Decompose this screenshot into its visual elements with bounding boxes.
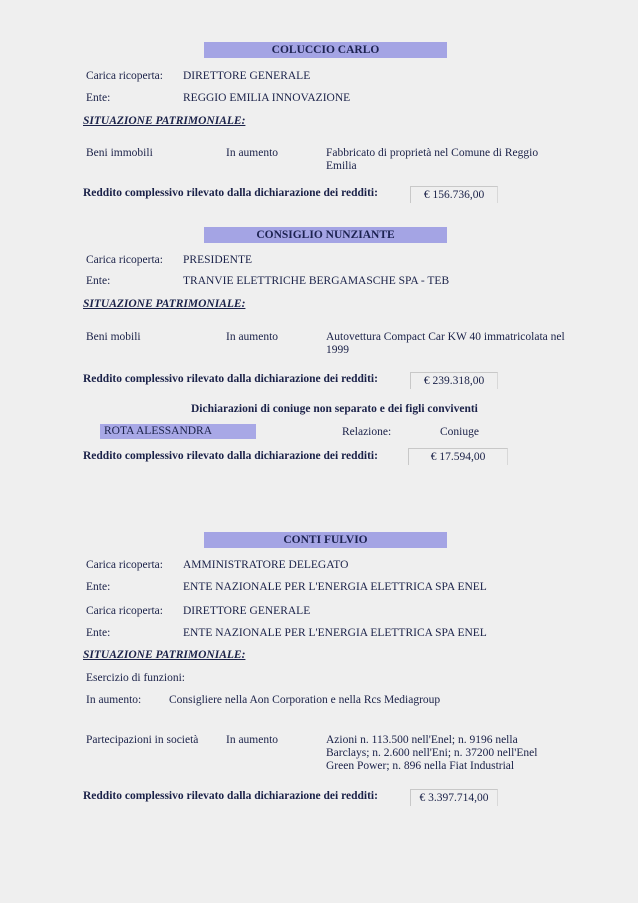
functions-description: Consigliere nella Aon Corporation e nell… [169, 694, 440, 706]
situazione-heading: SITUAZIONE PATRIMONIALE: [83, 298, 245, 310]
income-value: € 239.318,00 [410, 372, 498, 389]
reddito-label: Reddito complessivo rilevato dalla dichi… [83, 373, 378, 385]
ente-value: TRANVIE ELETTRICHE BERGAMASCHE SPA - TEB [183, 275, 449, 287]
functions-label: Esercizio di funzioni: [86, 672, 185, 684]
asset-type: Beni immobili [86, 147, 153, 159]
asset-variation: In aumento [226, 147, 278, 159]
asset-variation: In aumento [226, 331, 278, 343]
reddito-label: Reddito complessivo rilevato dalla dichi… [83, 450, 378, 462]
family-heading: Dichiarazioni di coniuge non separato e … [191, 403, 478, 415]
spouse-income-value: € 17.594,00 [408, 448, 508, 465]
ente-value: REGGIO EMILIA INNOVAZIONE [183, 92, 350, 104]
income-value: € 156.736,00 [410, 186, 498, 203]
person-header-conti: CONTI FULVIO [204, 532, 447, 548]
spouse-name: ROTA ALESSANDRA [100, 424, 256, 439]
carica-value: DIRETTORE GENERALE [183, 605, 310, 617]
carica-value: DIRETTORE GENERALE [183, 70, 310, 82]
asset-description: Fabbricato di proprietà nel Comune di Re… [326, 147, 566, 173]
reddito-label: Reddito complessivo rilevato dalla dichi… [83, 187, 378, 199]
carica-label: Carica ricoperta: [86, 559, 163, 571]
ente-label: Ente: [86, 581, 110, 593]
carica-label: Carica ricoperta: [86, 605, 163, 617]
asset-variation: In aumento [226, 734, 278, 746]
person-header-consiglio: CONSIGLIO NUNZIANTE [204, 227, 447, 243]
carica-value: PRESIDENTE [183, 254, 252, 266]
relation-label: Relazione: [342, 426, 391, 438]
asset-type: Beni mobili [86, 331, 141, 343]
asset-description: Autovettura Compact Car KW 40 immatricol… [326, 331, 566, 357]
functions-variation: In aumento: [86, 694, 141, 706]
carica-label: Carica ricoperta: [86, 70, 163, 82]
ente-label: Ente: [86, 275, 110, 287]
situazione-heading: SITUAZIONE PATRIMONIALE: [83, 115, 245, 127]
carica-label: Carica ricoperta: [86, 254, 163, 266]
ente-label: Ente: [86, 92, 110, 104]
income-value: € 3.397.714,00 [410, 789, 498, 806]
situazione-heading: SITUAZIONE PATRIMONIALE: [83, 649, 245, 661]
asset-type: Partecipazioni in società [86, 734, 198, 746]
reddito-label: Reddito complessivo rilevato dalla dichi… [83, 790, 378, 802]
asset-description: Azioni n. 113.500 nell'Enel; n. 9196 nel… [326, 734, 558, 773]
carica-value: AMMINISTRATORE DELEGATO [183, 559, 348, 571]
ente-value: ENTE NAZIONALE PER L'ENERGIA ELETTRICA S… [183, 627, 487, 639]
person-header-coluccio: COLUCCIO CARLO [204, 42, 447, 58]
ente-label: Ente: [86, 627, 110, 639]
relation-value: Coniuge [440, 426, 479, 438]
ente-value: ENTE NAZIONALE PER L'ENERGIA ELETTRICA S… [183, 581, 487, 593]
